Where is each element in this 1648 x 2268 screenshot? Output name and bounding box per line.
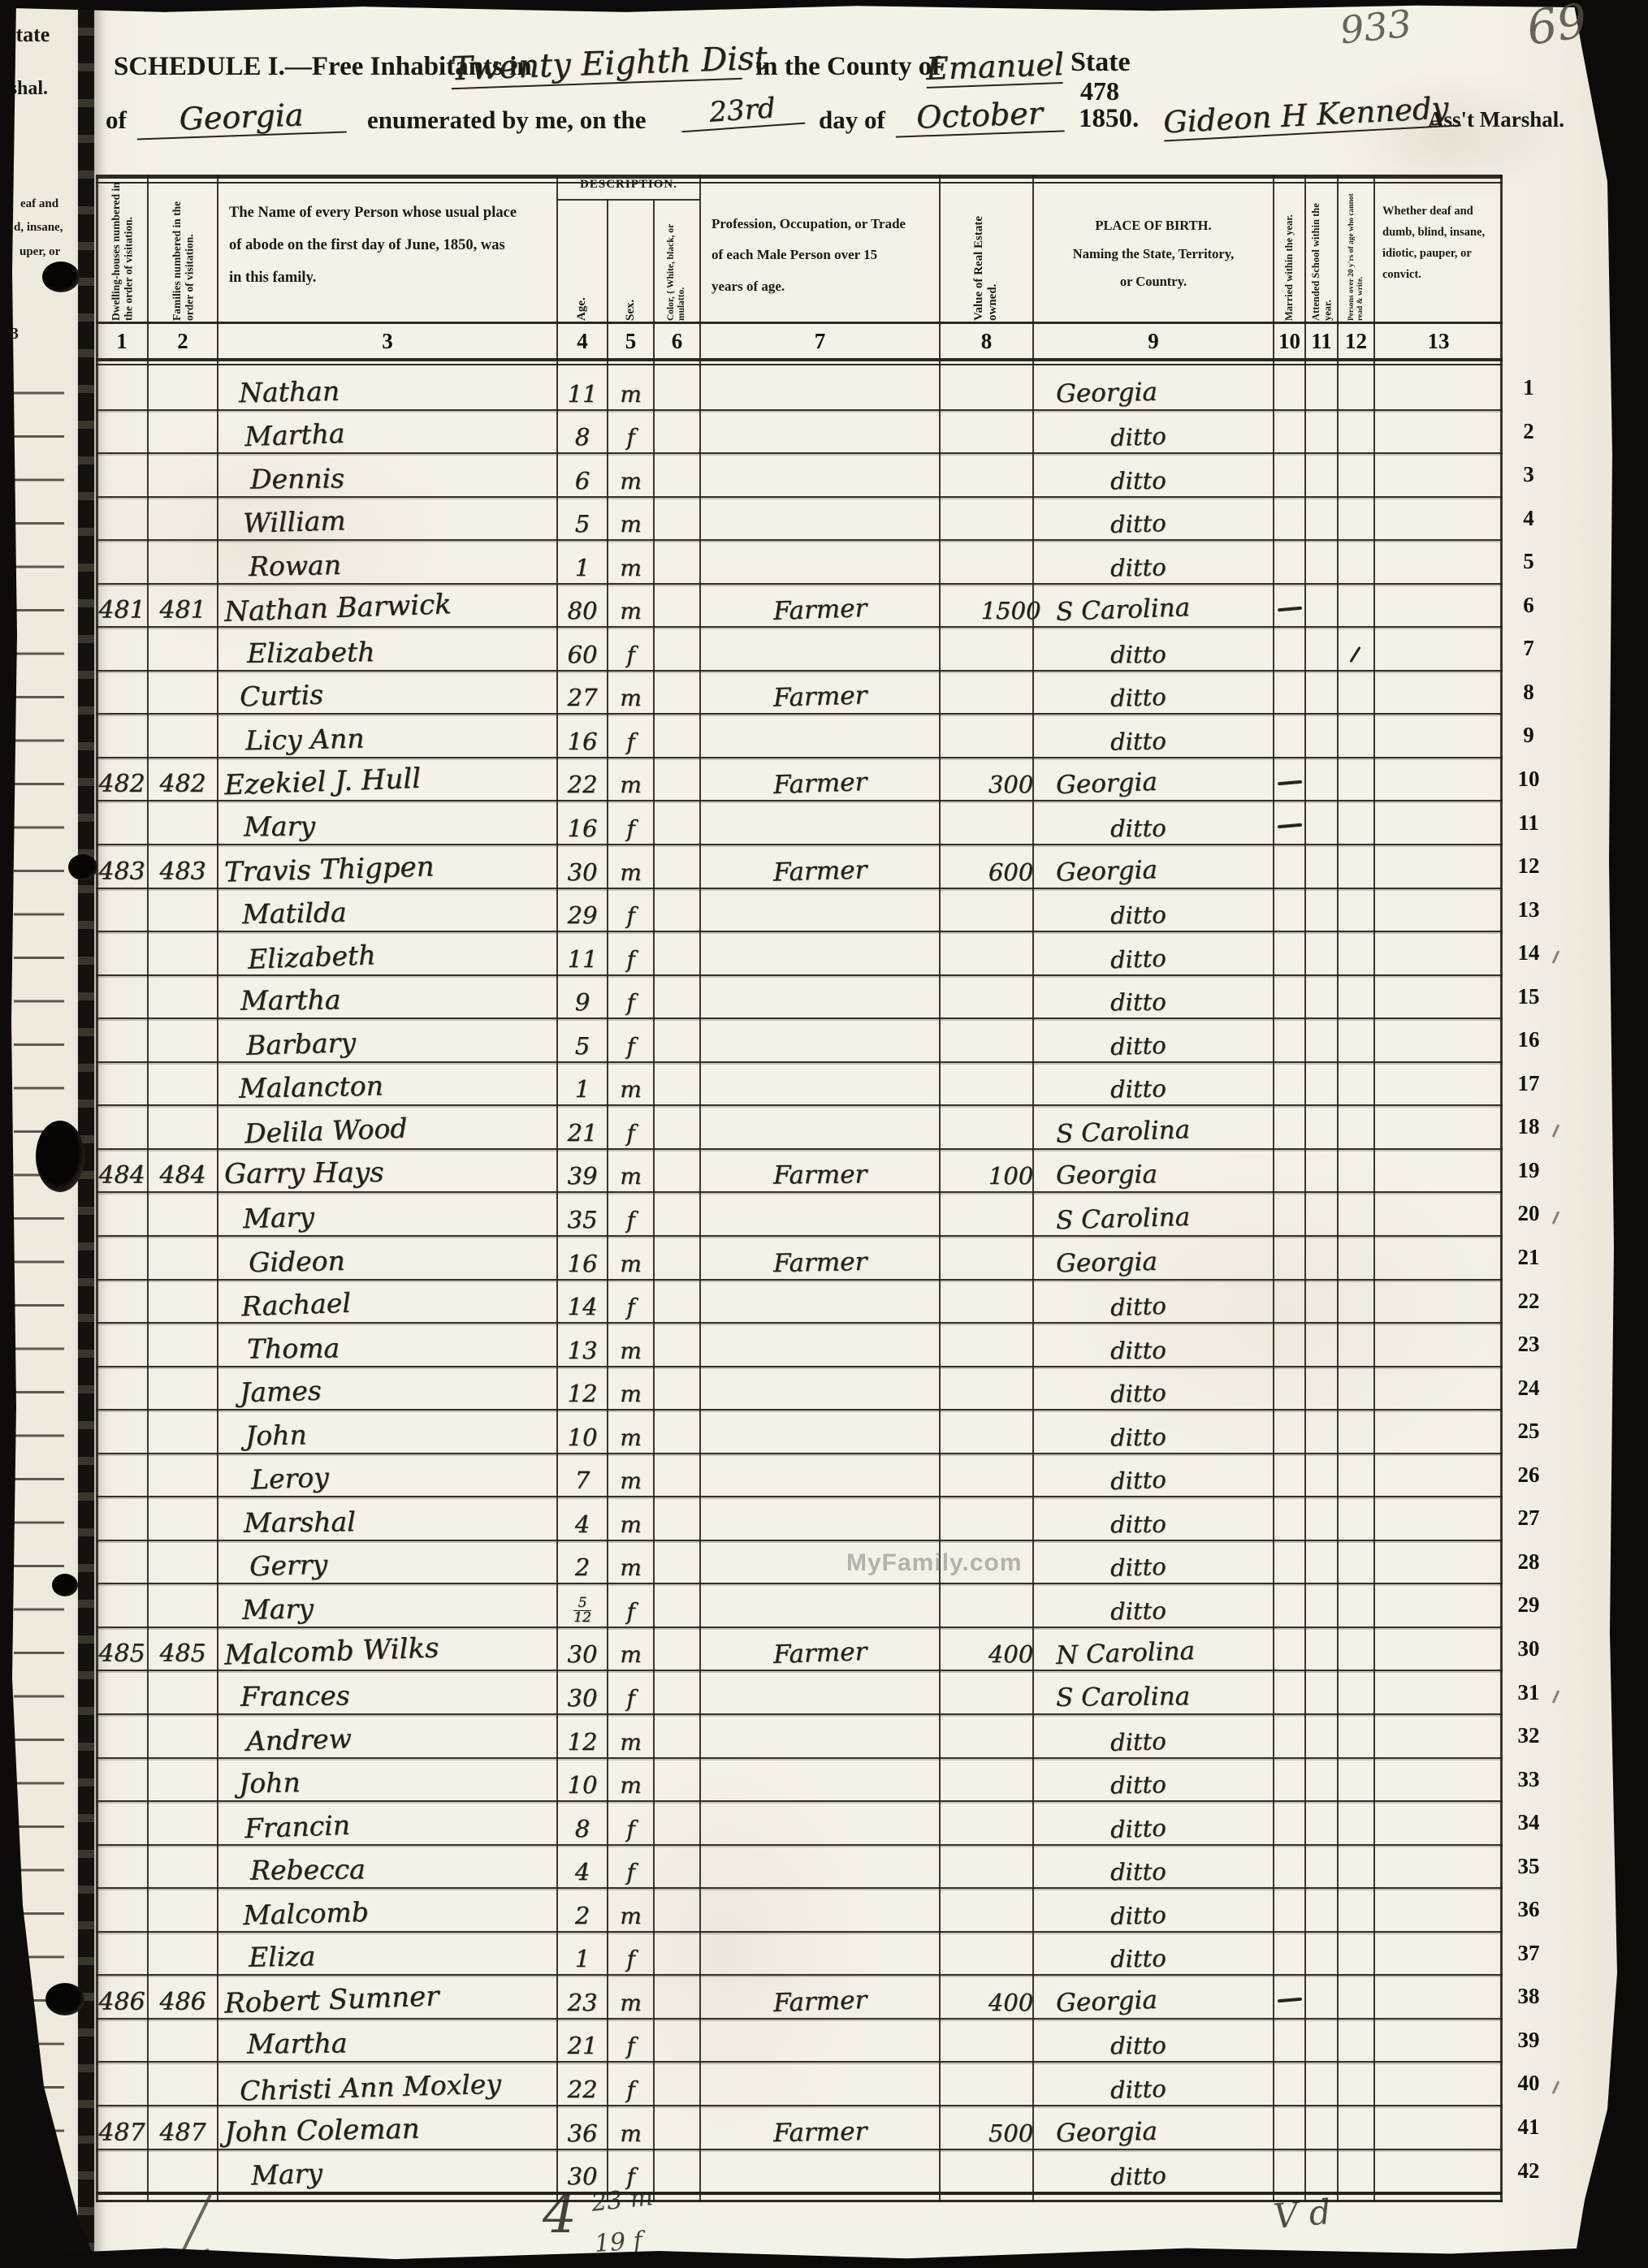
person-name: James [239, 1375, 322, 1409]
table-cell: Martha [247, 2028, 586, 2059]
table-row: 482482Ezekiel J. Hull22mFarmer300Georgia [96, 757, 1503, 802]
margin-pencil-tick [1552, 1212, 1559, 1225]
torn-edge-right [1573, 0, 1648, 2268]
sex-value: f [626, 946, 634, 973]
real-estate-value: 400 [988, 1989, 1033, 2016]
column-number-9: 9 [1033, 323, 1274, 360]
birthplace-value: Georgia [1055, 1985, 1157, 2018]
person-name: Francin [244, 1808, 350, 1844]
sex-value: m [620, 1554, 642, 1581]
line-number: 33 [1507, 1767, 1550, 1792]
table-cell: m [608, 2120, 654, 2147]
table-row: Licy Ann16fditto [96, 713, 1503, 758]
table-cell: 35 [557, 1206, 608, 1233]
table-cell: f [608, 1816, 654, 1842]
person-name: Eliza [249, 1941, 316, 1974]
line-number: 3 [1507, 462, 1550, 487]
table-cell: Malancton [239, 1071, 578, 1103]
table-row: Rowan1mditto [96, 539, 1503, 585]
table-row: 484484Garry Hays39mFarmer100Georgia [96, 1148, 1503, 1194]
table-cell: m [608, 381, 654, 408]
cannot-read-write-mark [1349, 646, 1360, 663]
table-cell: f [608, 1946, 654, 1972]
person-name: Martha [244, 417, 345, 452]
family-number: 483 [159, 858, 205, 886]
table-cell: 12 [557, 1380, 608, 1407]
table-cell: 100 [964, 1162, 1058, 1190]
table-cell: ditto [1110, 901, 1351, 929]
table-cell: ditto [1110, 2162, 1351, 2190]
sex-value: m [620, 2120, 642, 2147]
age-value: 6 [575, 467, 590, 495]
fragment-col13-2: d, insane, [14, 221, 63, 235]
binder-hole [68, 854, 97, 880]
birthplace-value: ditto [1110, 683, 1167, 712]
table-cell: Gerry [249, 1549, 589, 1581]
table-cell: 9 [557, 988, 608, 1016]
line-number: 36 [1507, 1897, 1550, 1922]
sex-value: f [626, 2033, 634, 2059]
birthplace-value: S Carolina [1056, 1682, 1190, 1713]
age-value: 2 [575, 1902, 590, 1929]
age-value: 39 [568, 1162, 598, 1190]
age-value: 11 [568, 945, 598, 973]
family-number: 486 [159, 1988, 205, 2016]
person-name: Christi Ann Moxley [240, 2067, 502, 2106]
person-name: Nathan Barwick [223, 588, 452, 629]
table-cell: ditto [1110, 641, 1351, 668]
month-handwritten: October [894, 94, 1064, 137]
table-cell: Thoma [247, 1333, 586, 1364]
column-header-text: Value of Real Estate owned. [972, 184, 1000, 321]
profession-value: Farmer [772, 1637, 867, 1670]
table-cell: 482 [96, 770, 148, 798]
real-estate-value: 100 [988, 1162, 1033, 1190]
birthplace-value: ditto [1110, 727, 1166, 755]
table-row: 485485Malcomb Wilks30mFarmer400N Carolin… [96, 1626, 1503, 1672]
birthplace-value: ditto [1110, 1553, 1167, 1582]
dwelling-number: 483 [98, 858, 145, 886]
table-cell: Andrew [246, 1724, 586, 1756]
table-row: Martha21fditto [96, 2018, 1503, 2063]
sex-value: m [620, 1989, 642, 2016]
table-row: Martha8fditto [96, 409, 1503, 455]
birthplace-value: ditto [1110, 553, 1166, 581]
table-cell: Farmer [700, 857, 940, 886]
table-cell: Nathan Barwick [224, 592, 564, 624]
table-cell: m [608, 1772, 654, 1799]
birthplace-value: ditto [1110, 1423, 1166, 1451]
column-header-13: Whether deaf and dumb, blind, insane, id… [1382, 201, 1494, 285]
table-row: Frances30fS Carolina [96, 1670, 1503, 1716]
column-header-8: Value of Real Estate owned. [940, 178, 1033, 321]
line-number: 19 [1507, 1158, 1550, 1183]
sex-value: m [620, 555, 642, 581]
age-value: 27 [568, 684, 598, 711]
family-number: 481 [159, 596, 205, 624]
age-value: 30 [568, 2162, 598, 2190]
table-cell: m [608, 1511, 654, 1538]
sex-value: m [620, 1076, 642, 1103]
table-cell: 481 [96, 596, 148, 624]
profession-value: Farmer [773, 1246, 867, 1277]
table-cell: N Carolina [1056, 1639, 1296, 1668]
column-header-9: PLACE OF BIRTH. Naming the State, Territ… [1040, 212, 1267, 296]
district-handwritten: Twenty Eighth Dist [450, 41, 742, 89]
person-name: Martha [247, 2028, 348, 2060]
sex-value: m [620, 511, 642, 538]
age-value: 22 [568, 2076, 598, 2103]
table-row: Nathan11mGeorgia [96, 365, 1503, 411]
dwelling-number: 482 [98, 770, 145, 798]
table-cell: Georgia [1056, 1248, 1296, 1277]
profession-value: Farmer [773, 1160, 867, 1190]
column-number-6: 6 [654, 323, 700, 360]
ink-blob [36, 1121, 84, 1192]
table-cell: 1500 [964, 597, 1058, 624]
table-cell: 30 [557, 1640, 608, 1668]
line-number: 39 [1507, 2028, 1550, 2053]
birthplace-value: ditto [1110, 901, 1166, 929]
table-row: Mary512fditto [96, 1583, 1503, 1628]
table-cell: 36 [557, 2119, 608, 2147]
person-name: Rebecca [250, 1853, 366, 1886]
table-row: Mary35fS Carolina [96, 1191, 1503, 1237]
birthplace-value: Georgia [1056, 855, 1158, 887]
table-cell: Farmer [700, 769, 940, 798]
sex-value: f [626, 902, 634, 929]
table-cell: 484 [148, 1161, 218, 1190]
table-cell: ditto [1110, 1728, 1351, 1756]
table-row: John10mditto [96, 1409, 1503, 1454]
line-number: 16 [1507, 1027, 1550, 1052]
table-row: Francin8fditto [96, 1800, 1503, 1846]
family-number: 482 [159, 770, 205, 798]
person-name: Malcomb [242, 1896, 369, 1931]
person-name: Ezekiel J. Hull [223, 762, 421, 801]
line-number: 38 [1507, 1984, 1550, 2009]
table-cell: ditto [1110, 1945, 1351, 1972]
table-cell: m [608, 1729, 654, 1756]
table-cell: 8 [557, 1815, 608, 1842]
table-cell: m [608, 468, 654, 495]
table-cell: ditto [1110, 988, 1351, 1016]
table-cell: 80 [557, 597, 608, 624]
table-cell: Malcomb [243, 1898, 582, 1929]
birthplace-value: ditto [1110, 1075, 1166, 1104]
table-cell: Frances [240, 1680, 580, 1712]
table-cell: 27 [557, 684, 608, 711]
family-number: 484 [159, 1161, 205, 1190]
age-value: 16 [568, 814, 598, 842]
table-cell: 14 [557, 1293, 608, 1320]
census-table: DESCRIPTION. Dwelling-houses numbered in… [96, 175, 1503, 2202]
line-number: 28 [1507, 1549, 1550, 1575]
table-row: Gerry2mditto [96, 1540, 1503, 1585]
table-cell: Travis Thigpen [224, 853, 564, 886]
column-header-3: The Name of every Person whose usual pla… [229, 197, 546, 294]
table-row: Malcomb2mditto [96, 1887, 1503, 1933]
column-number-4: 4 [557, 323, 608, 360]
age-value: 11 [568, 380, 598, 408]
table-cell: S Carolina [1056, 1117, 1296, 1147]
line-number: 5 [1507, 549, 1550, 574]
birthplace-value: ditto [1110, 2032, 1166, 2060]
line-number: 30 [1507, 1636, 1550, 1661]
table-cell: ditto [1110, 1815, 1351, 1842]
table-cell: m [608, 685, 654, 711]
birthplace-value: ditto [1110, 466, 1166, 495]
birthplace-value: ditto [1110, 640, 1166, 668]
table-cell: m [608, 598, 654, 624]
table-cell: f [608, 1859, 654, 1886]
line-number: 17 [1507, 1071, 1550, 1096]
person-name: Andrew [245, 1722, 352, 1757]
table-row: Gideon16mFarmerGeorgia [96, 1235, 1503, 1281]
column-header-text: Color, { White, black, or mulatto. [666, 199, 687, 321]
birthplace-value: S Carolina [1055, 593, 1190, 627]
column-header-4: Age. [557, 178, 608, 321]
line-number: 29 [1507, 1592, 1550, 1618]
table-cell: 16 [557, 814, 608, 842]
table-row: Rebecca4fditto [96, 1844, 1503, 1890]
column-number-10: 10 [1274, 323, 1305, 360]
birthplace-value: ditto [1110, 1379, 1167, 1408]
column-number-11: 11 [1305, 323, 1338, 360]
pencil-number-69: 69 [1524, 0, 1591, 56]
sex-value: f [626, 1946, 634, 1972]
person-name: Martha [240, 984, 341, 1017]
table-cell: John [239, 1767, 578, 1799]
age-value: 30 [568, 1640, 598, 1668]
person-name: Mary [242, 1592, 314, 1626]
sex-value: m [620, 598, 642, 624]
table-cell: 400 [964, 1989, 1058, 2016]
family-number: 485 [159, 1639, 205, 1668]
table-row: Mary16fditto [96, 801, 1503, 846]
age-value: 512 [573, 1596, 591, 1625]
sex-value: f [626, 1685, 634, 1712]
table-cell: 484 [96, 1161, 148, 1190]
sex-value: f [626, 989, 634, 1016]
sex-value: f [626, 1207, 634, 1233]
real-estate-value: 400 [988, 1640, 1033, 1668]
table-grid-hrule [96, 2200, 1503, 2202]
column-header-2: Families numbered in the order of visita… [148, 178, 218, 321]
column-header-text: Age. [575, 207, 589, 321]
table-row: Dennis6mditto [96, 452, 1503, 498]
table-cell: f [608, 815, 654, 842]
table-cell: Curtis [240, 680, 579, 711]
table-row: Malancton1mditto [96, 1061, 1503, 1107]
age-value: 80 [568, 597, 598, 624]
table-cell: 486 [96, 1988, 148, 2016]
sex-value: f [626, 642, 634, 668]
table-cell: 4 [557, 1510, 608, 1538]
table-cell: 13 [557, 1337, 608, 1364]
column-header-text: Married within the year. [1283, 184, 1295, 321]
birthplace-value: ditto [1109, 1814, 1166, 1843]
column-number-5: 5 [608, 323, 654, 360]
sex-value: m [620, 1163, 642, 1190]
table-cell: ditto [1110, 945, 1351, 973]
table-cell: Rebecca [250, 1854, 590, 1886]
column-header-5: Sex. [608, 178, 654, 321]
table-cell: Eliza [249, 1941, 588, 1972]
sex-value: m [620, 1772, 642, 1799]
birthplace-value: ditto [1110, 1770, 1166, 1799]
column-number-1: 1 [96, 323, 148, 360]
person-name: Licy Ann [245, 723, 365, 757]
sex-value: m [620, 1729, 642, 1756]
column-number-7: 7 [700, 323, 940, 360]
table-cell: f [608, 1598, 654, 1625]
table-cell: Georgia [1056, 2118, 1296, 2147]
table-row: William5mditto [96, 496, 1503, 542]
table-cell: f [608, 2033, 654, 2059]
column-header-text: Families numbered in the order of visita… [171, 181, 196, 321]
age-value: 9 [575, 988, 590, 1016]
table-cell: m [608, 511, 654, 538]
table-cell: ditto [1110, 2076, 1351, 2103]
birthplace-value: Georgia [1056, 1160, 1157, 1190]
age-value: 30 [568, 1684, 598, 1712]
age-value: 12 [568, 1728, 598, 1756]
table-cell: Farmer [700, 1987, 940, 2016]
column-header-1: Dwelling-houses numbered in the order of… [96, 178, 148, 321]
table-cell: 481 [148, 596, 218, 624]
asst-marshal-label: Ass't Marshal. [1428, 107, 1564, 132]
table-cell: m [608, 859, 654, 886]
line-number: 18 [1507, 1114, 1550, 1139]
table-cell: Mary [242, 1593, 582, 1625]
sex-value: f [626, 1816, 634, 1842]
column-header-10: Married within the year. [1274, 178, 1305, 321]
table-cell: f [608, 424, 654, 451]
birthplace-value: ditto [1110, 1510, 1166, 1538]
table-cell: Ezekiel J. Hull [224, 766, 564, 798]
table-cell: m [608, 1380, 654, 1407]
table-cell: 487 [148, 2119, 218, 2147]
table-cell: 30 [557, 1684, 608, 1712]
table-cell: Georgia [1056, 857, 1296, 886]
table-row: 487487John Coleman36mFarmer500Georgia [96, 2105, 1503, 2150]
state-handwritten: Georgia [136, 96, 346, 140]
column-number-8: 8 [940, 323, 1033, 360]
table-cell: Farmer [700, 1160, 940, 1190]
county-handwritten: Emanuel [925, 46, 1063, 89]
age-value: 16 [568, 1250, 598, 1277]
table-cell: ditto [1110, 1032, 1351, 1060]
sex-value: m [620, 381, 642, 408]
line-number: 1 [1507, 375, 1550, 400]
county-of-label: in the County of [755, 52, 941, 82]
table-cell: S Carolina [1056, 595, 1296, 624]
table-cell: ditto [1110, 728, 1351, 755]
birthplace-value: Georgia [1056, 1246, 1158, 1277]
line-number: 35 [1507, 1854, 1550, 1879]
table-cell: 8 [557, 423, 608, 451]
sex-value: f [626, 1859, 634, 1886]
table-cell: m [608, 1989, 654, 2016]
table-cell: 485 [148, 1639, 218, 1668]
table-cell: Marshal [244, 1506, 583, 1538]
table-cell: ditto [1110, 1075, 1351, 1103]
line-number: 42 [1507, 2158, 1550, 2184]
day-handwritten: 23rd [680, 90, 806, 133]
sex-value: f [626, 1294, 634, 1320]
table-cell: Malcomb Wilks [224, 1635, 564, 1668]
table-cell: 1 [557, 1075, 608, 1103]
person-name: Delila Wood [244, 1112, 408, 1149]
table-cell: 400 [964, 1640, 1058, 1668]
birthplace-value: ditto [1110, 1858, 1166, 1886]
age-value: 5 [575, 1032, 590, 1060]
person-name: Nathan [239, 374, 340, 408]
age-value: 21 [568, 1119, 598, 1147]
line-number: 20 [1507, 1201, 1550, 1226]
birthplace-value: ditto [1110, 988, 1166, 1017]
table-cell: ditto [1110, 1467, 1351, 1494]
table-cell: Georgia [1056, 378, 1296, 408]
year-label: 1850. [1079, 104, 1139, 134]
table-cell: m [608, 1337, 654, 1364]
dwelling-number: 481 [98, 596, 145, 624]
table-cell: Leroy [251, 1462, 590, 1494]
sex-value: f [626, 1120, 634, 1147]
table-cell: 10 [557, 1423, 608, 1451]
binder-hole [45, 1983, 84, 2015]
birthplace-value: ditto [1109, 2162, 1166, 2191]
table-row: Marshal4mditto [96, 1496, 1503, 1541]
table-cell: 300 [964, 771, 1058, 798]
age-value: 12 [568, 1380, 598, 1407]
table-cell: ditto [1110, 423, 1351, 451]
line-number: 34 [1507, 1810, 1550, 1835]
table-cell: f [608, 1207, 654, 1233]
table-cell: Delila Wood [244, 1115, 584, 1147]
sex-value: m [620, 1251, 642, 1277]
age-value: 10 [568, 1771, 598, 1799]
sex-value: f [626, 815, 634, 842]
table-row: James12mditto [96, 1366, 1503, 1411]
table-cell: Farmer [700, 682, 940, 711]
age-value: 1 [575, 1075, 590, 1103]
age-value: 16 [568, 728, 598, 755]
line-number: 22 [1507, 1289, 1550, 1314]
person-name: Malcomb Wilks [223, 1632, 439, 1672]
table-row: Andrew12mditto [96, 1713, 1503, 1759]
table-cell: S Carolina [1056, 1204, 1296, 1233]
person-name: John [239, 1766, 301, 1799]
sex-value: f [626, 424, 634, 451]
person-name: Gideon [249, 1244, 345, 1277]
sex-value: f [626, 728, 634, 755]
person-name: Robert Sumner [223, 1980, 439, 2020]
watermark: MyFamily.com [846, 1549, 1023, 1577]
birthplace-value: N Carolina [1055, 1637, 1195, 1671]
day-of-label: day of [819, 106, 885, 135]
birthplace-value: ditto [1110, 1336, 1166, 1364]
table-cell: ditto [1110, 1293, 1351, 1320]
age-value: 1 [575, 1945, 590, 1972]
age-value: 35 [568, 1206, 598, 1233]
table-cell: 29 [557, 901, 608, 929]
person-name: Gerry [249, 1549, 327, 1583]
table-cell: Nathan [239, 376, 578, 408]
real-estate-value: 300 [988, 771, 1033, 798]
table-cell: 16 [557, 728, 608, 755]
